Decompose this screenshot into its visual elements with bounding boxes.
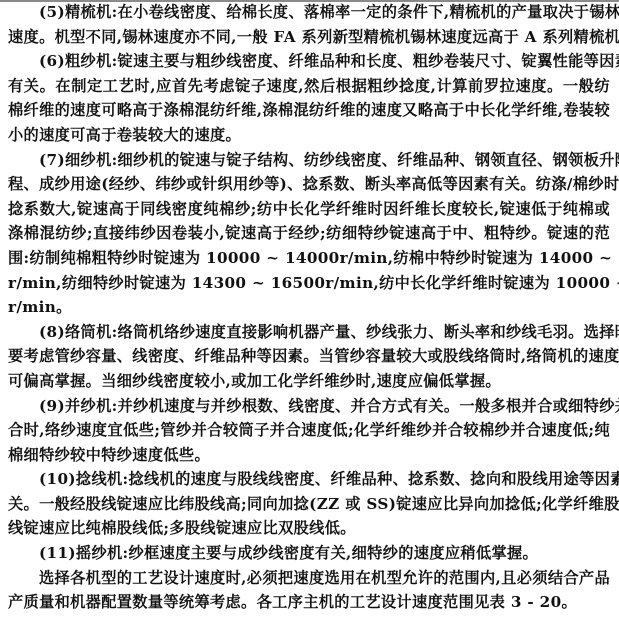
text-line: 小的速度可高于卷装较大的速度。 bbox=[8, 123, 610, 148]
paragraph-comber: (5)精梳机:在小卷线密度、给棉长度、落棉率一定的条件下,精梳机的产量取决于锡林… bbox=[8, 0, 610, 49]
text-line: (6)粗纱机:锭速主要与粗纱线密度、纤维品种和长度、粗纱卷装尺寸、锭翼性能等因素 bbox=[8, 49, 610, 74]
text-line: 产质量和机器配置数量等统筹考虑。各工序主机的工艺设计速度范围见表 3 - 20。 bbox=[8, 590, 610, 615]
document-page: (5)精梳机:在小卷线密度、给棉长度、落棉率一定的条件下,精梳机的产量取决于锡林… bbox=[8, 0, 610, 615]
text-line: 围:纺制纯棉粗特纱时锭速为 10000 ~ 14000r/min,纺棉中特纱时锭… bbox=[8, 246, 610, 271]
text-line: 棉细特纱较中特纱速度低些。 bbox=[8, 443, 610, 468]
text-line: 速度。机型不同,锡林速度亦不同,一般 FA 系列新型精梳机锡林速度远高于 A 系… bbox=[8, 25, 610, 50]
text-line: (11)摇纱机:纱框速度主要与成纱线密度有关,细特纱的速度应稍低掌握。 bbox=[8, 541, 610, 566]
text-line: 有关。在制定工艺时,应首先考虑锭子速度,然后根据粗纱捻度,计算前罗拉速度。一般纺 bbox=[8, 74, 610, 99]
text-line: (8)络筒机:络筒机络纱速度直接影响机器产量、纱线张力、断头率和纱线毛羽。选择时 bbox=[8, 320, 610, 345]
paragraph-twister: (10)捻线机:捻线机的速度与股线线密度、纤维品种、捻系数、捻向和股线用途等因素… bbox=[8, 467, 610, 541]
text-line: 选择各机型的工艺设计速度时,必须把速度选用在机型允许的范围内,且必须结合产品 bbox=[8, 566, 610, 591]
text-line: (10)捻线机:捻线机的速度与股线线密度、纤维品种、捻系数、捻向和股线用途等因素… bbox=[8, 467, 610, 492]
text-line: 涤棉混纺纱;直接纬纱因卷装小,锭速高于经纱;纺细特纱锭速高于中、粗特纱。锭速的范 bbox=[8, 221, 610, 246]
paragraph-summary: 选择各机型的工艺设计速度时,必须把速度选用在机型允许的范围内,且必须结合产品 产… bbox=[8, 566, 610, 615]
text-line: (9)并纱机:并纱机速度与并纱根数、线密度、并合方式有关。一般多根并合或细特纱并 bbox=[8, 394, 610, 419]
paragraph-roving-frame: (6)粗纱机:锭速主要与粗纱线密度、纤维品种和长度、粗纱卷装尺寸、锭翼性能等因素… bbox=[8, 49, 610, 147]
text-line: 要考虑管纱容量、线密度、纤维品种等因素。当管纱容量较大或股线络筒时,络筒机的速度 bbox=[8, 344, 610, 369]
text-line: 捻系数大,锭速高于同线密度纯棉纱;纺中长化学纤维时因纤维长度较长,锭速低于纯棉或 bbox=[8, 197, 610, 222]
text-line: (5)精梳机:在小卷线密度、给棉长度、落棉率一定的条件下,精梳机的产量取决于锡林… bbox=[8, 0, 610, 25]
paragraph-doubling-frame: (9)并纱机:并纱机速度与并纱根数、线密度、并合方式有关。一般多根并合或细特纱并… bbox=[8, 394, 610, 468]
text-line: 可偏高掌握。当细纱线密度较小,或加工化学纤维纱时,速度应偏低掌握。 bbox=[8, 369, 610, 394]
text-line: 线锭速应比纯棉股线低;多股线锭速应比双股线低。 bbox=[8, 516, 610, 541]
text-line: 关。一般经股线锭速应比纬股线高;同向加捻(ZZ 或 SS)锭速应比异向加捻低;化… bbox=[8, 492, 610, 517]
text-line: r/min,纺细特纱时锭速为 14300 ~ 16500r/min,纺中长化学纤… bbox=[8, 271, 610, 296]
text-line: r/min。 bbox=[8, 295, 610, 320]
text-line: 程、成纱用途(经纱、纬纱或针织用纱等)、捻系数、断头率高低等因素有关。纺涤/棉纱… bbox=[8, 172, 610, 197]
text-line: 棉纤维的速度可略高于涤棉混纺纤维,涤棉混纺纤维的速度又略高于中长化学纤维,卷装较 bbox=[8, 98, 610, 123]
text-line: (7)细纱机:细纱机的锭速与锭子结构、纺纱线密度、纤维品种、钢领直径、钢领板升降… bbox=[8, 148, 610, 173]
text-line: 合时,络纱速度宜低些;管纱并合较筒子并合速度低;化学纤维纱并合较棉纱并合速度低;… bbox=[8, 418, 610, 443]
paragraph-spinning-frame: (7)细纱机:细纱机的锭速与锭子结构、纺纱线密度、纤维品种、钢领直径、钢领板升降… bbox=[8, 148, 610, 320]
paragraph-reeling-machine: (11)摇纱机:纱框速度主要与成纱线密度有关,细特纱的速度应稍低掌握。 bbox=[8, 541, 610, 566]
paragraph-winder: (8)络筒机:络筒机络纱速度直接影响机器产量、纱线张力、断头率和纱线毛羽。选择时… bbox=[8, 320, 610, 394]
